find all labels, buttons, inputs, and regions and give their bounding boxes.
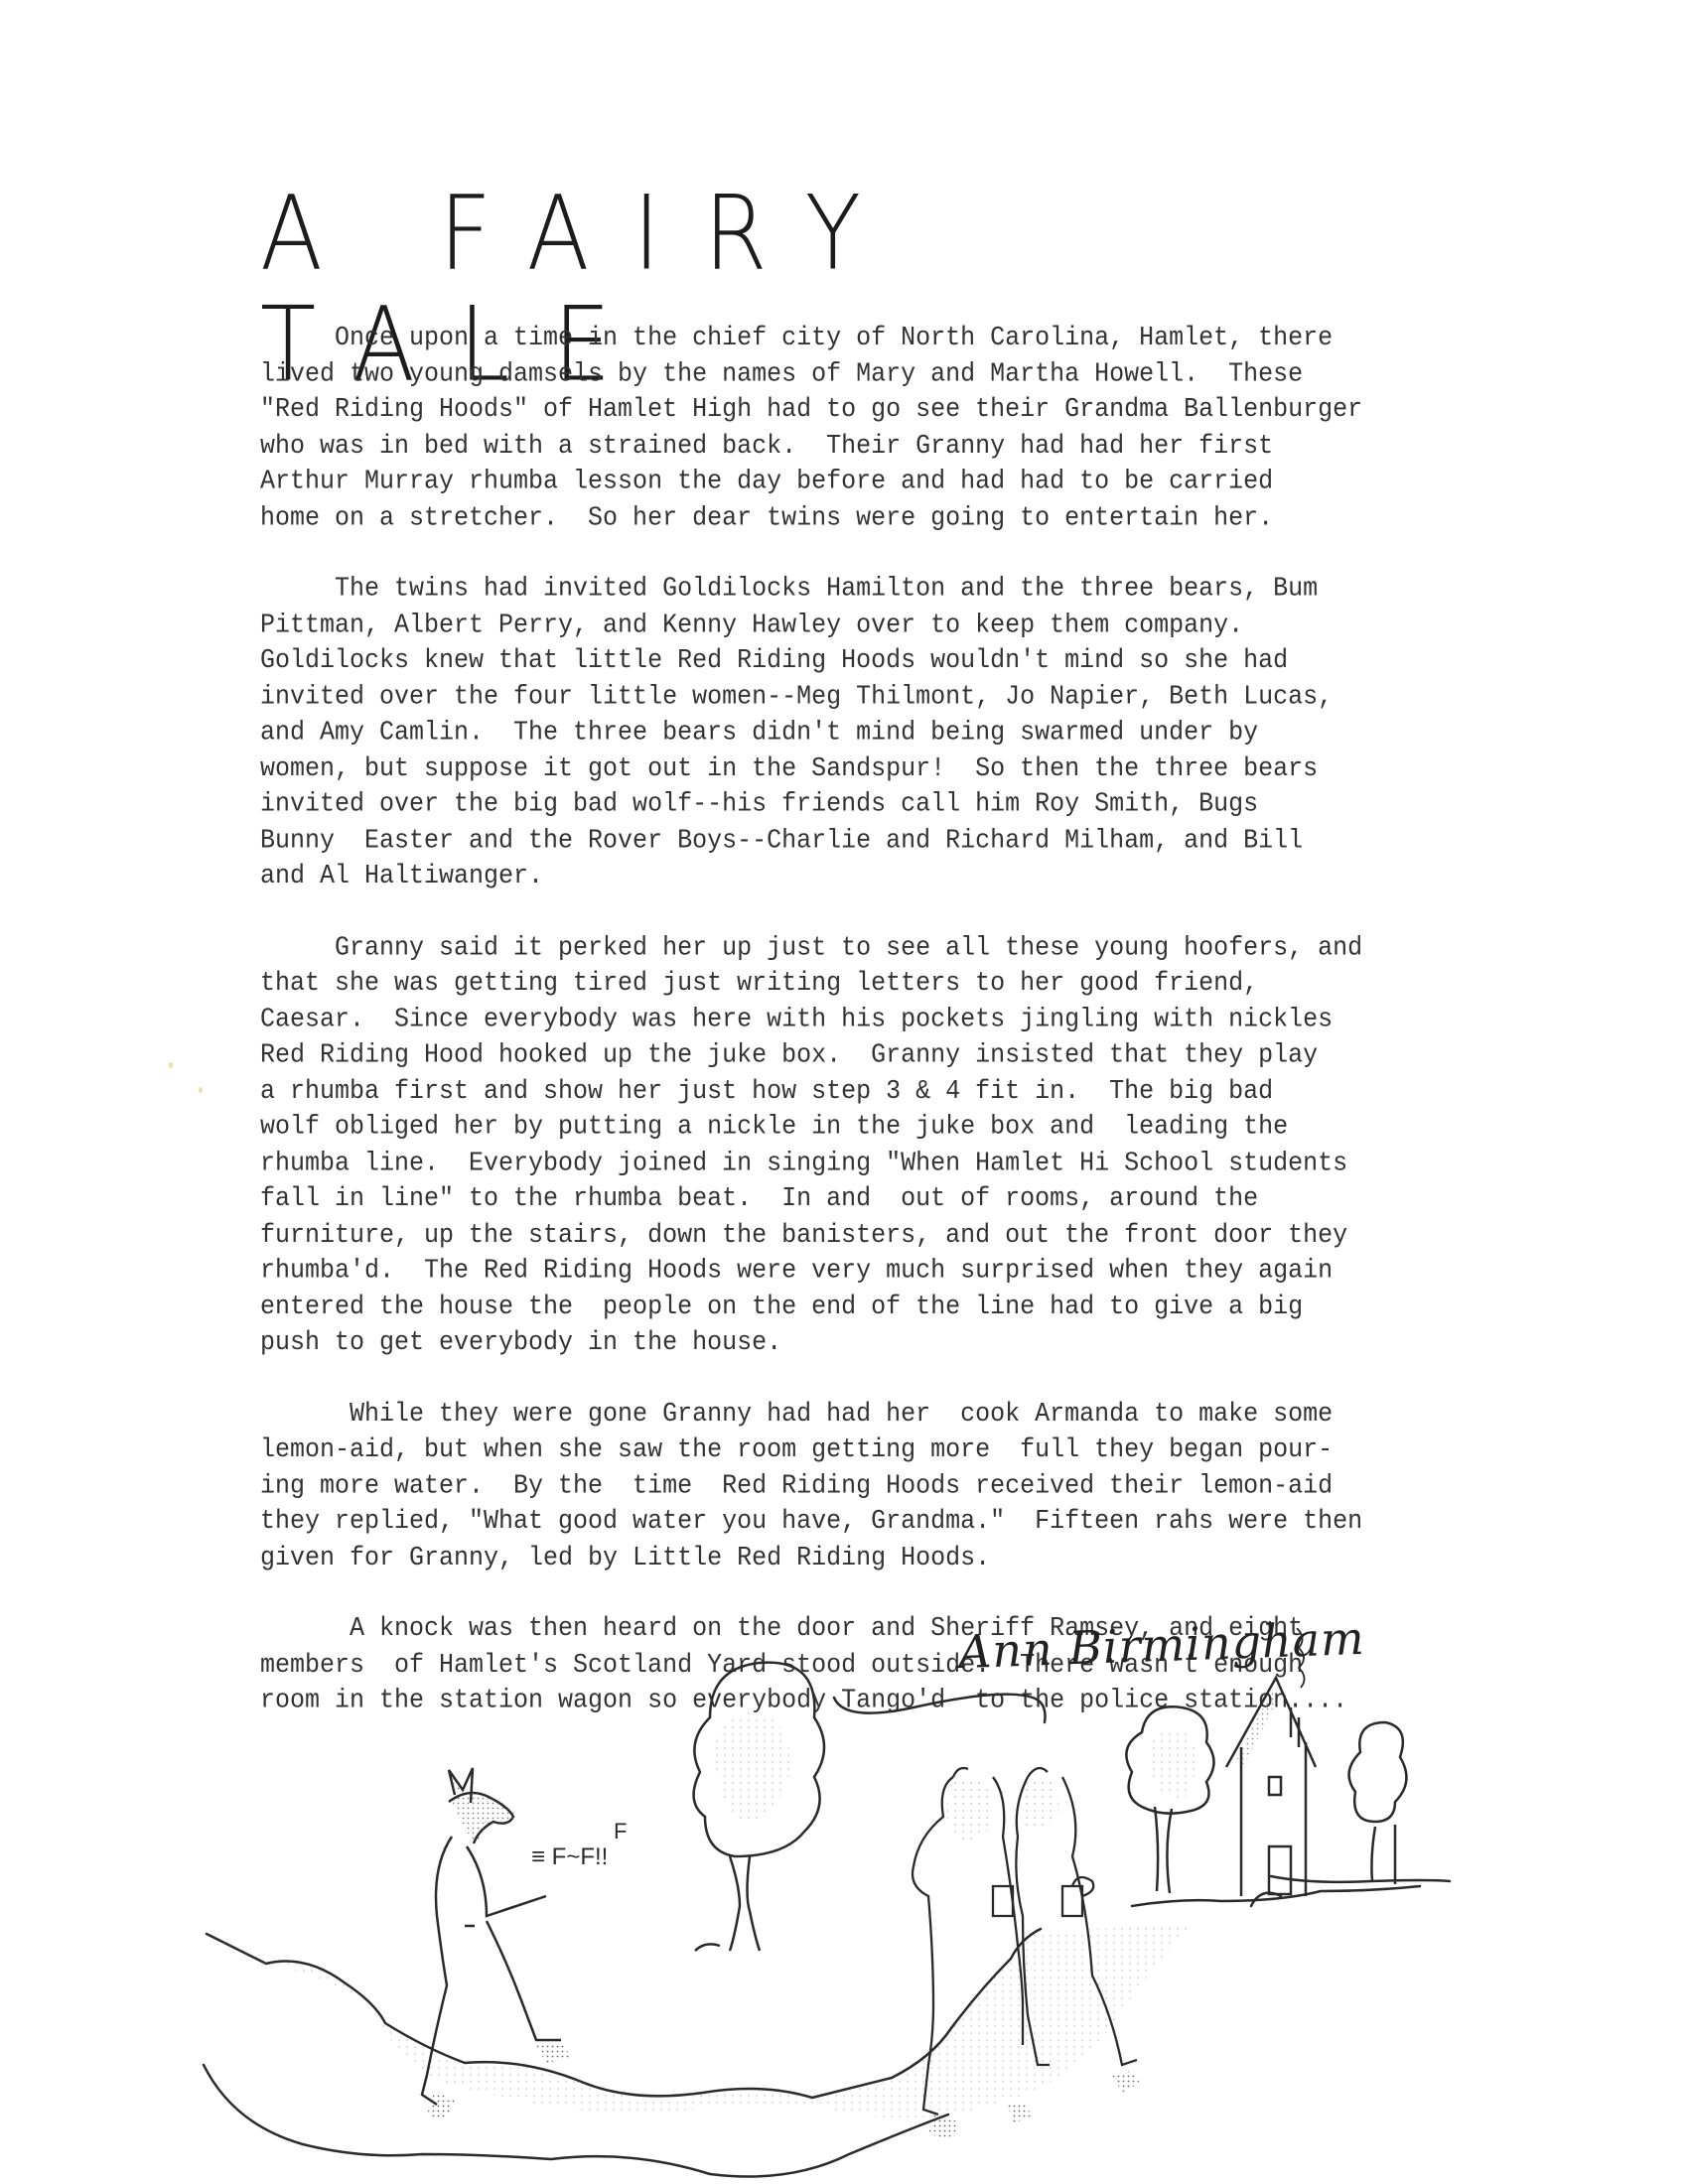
text-line: "Red Riding Hoods" of Hamlet High had to… xyxy=(260,391,1531,427)
text-line: lived two young damsels by the names of … xyxy=(260,355,1531,391)
text-line: rhumba line. Everybody joined in singing… xyxy=(260,1145,1531,1180)
text-line: Arthur Murray rhumba lesson the day befo… xyxy=(260,464,1531,499)
text-line: Once upon a time in the chief city of No… xyxy=(260,320,1531,355)
signature-flourish xyxy=(834,1695,1046,1722)
text-line: wolf obliged her by putting a nickle in … xyxy=(260,1109,1531,1145)
text-line: While they were gone Granny had had her … xyxy=(260,1396,1531,1432)
text-line: home on a stretcher. So her dear twins w… xyxy=(260,499,1531,535)
text-line: entered the house the people on the end … xyxy=(260,1289,1531,1324)
story-illustration: F ≡ F~F!! xyxy=(199,1628,1589,2184)
wolf-speech-top: F xyxy=(614,1819,627,1843)
text-line: furniture, up the stairs, down the banis… xyxy=(260,1216,1531,1252)
text-line: a rhumba first and show her just how ste… xyxy=(260,1073,1531,1109)
paper-stain xyxy=(169,1062,173,1068)
text-line: given for Granny, led by Little Red Ridi… xyxy=(260,1540,1531,1575)
text-line: they replied, "What good water you have,… xyxy=(260,1503,1531,1539)
text-line: lemon-aid, but when she saw the room get… xyxy=(260,1432,1531,1467)
text-line: Pittman, Albert Perry, and Kenny Hawley … xyxy=(260,607,1531,642)
text-line: The twins had invited Goldilocks Hamilto… xyxy=(260,571,1531,607)
tree-icon xyxy=(1349,1722,1407,1884)
paragraph-3: Granny said it perked her up just to see… xyxy=(260,929,1531,1360)
wolf-speech: ≡ F~F!! xyxy=(531,1843,608,1870)
text-line: invited over the four little women--Meg … xyxy=(260,678,1531,714)
text-line: rhumba'd. The Red Riding Hoods were very… xyxy=(260,1253,1531,1289)
text-line: and Amy Camlin. The three bears didn't m… xyxy=(260,714,1531,750)
text-line: who was in bed with a strained back. The… xyxy=(260,428,1531,464)
text-line: and Al Haltiwanger. xyxy=(260,858,1531,893)
text-line: invited over the big bad wolf--his frien… xyxy=(260,786,1531,822)
text-line: fall in line" to the rhumba beat. In and… xyxy=(260,1180,1531,1216)
text-line: push to get everybody in the house. xyxy=(260,1324,1531,1360)
paragraph-1: Once upon a time in the chief city of No… xyxy=(260,320,1531,535)
text-line: Caesar. Since everybody was here with hi… xyxy=(260,1001,1531,1036)
text-line: Granny said it perked her up just to see… xyxy=(260,929,1531,965)
story-body: Once upon a time in the chief city of No… xyxy=(260,320,1531,1754)
text-line: Red Riding Hood hooked up the juke box. … xyxy=(260,1037,1531,1073)
paper-stain xyxy=(199,1087,203,1093)
text-line: Bunny Easter and the Rover Boys--Charlie… xyxy=(260,822,1531,858)
text-line: Goldilocks knew that little Red Riding H… xyxy=(260,642,1531,678)
text-line: women, but suppose it got out in the San… xyxy=(260,751,1531,786)
text-line: that she was getting tired just writing … xyxy=(260,965,1531,1001)
paragraph-2: The twins had invited Goldilocks Hamilto… xyxy=(260,571,1531,894)
paragraph-4: While they were gone Granny had had her … xyxy=(260,1396,1531,1575)
text-line: ing more water. By the time Red Riding H… xyxy=(260,1467,1531,1503)
